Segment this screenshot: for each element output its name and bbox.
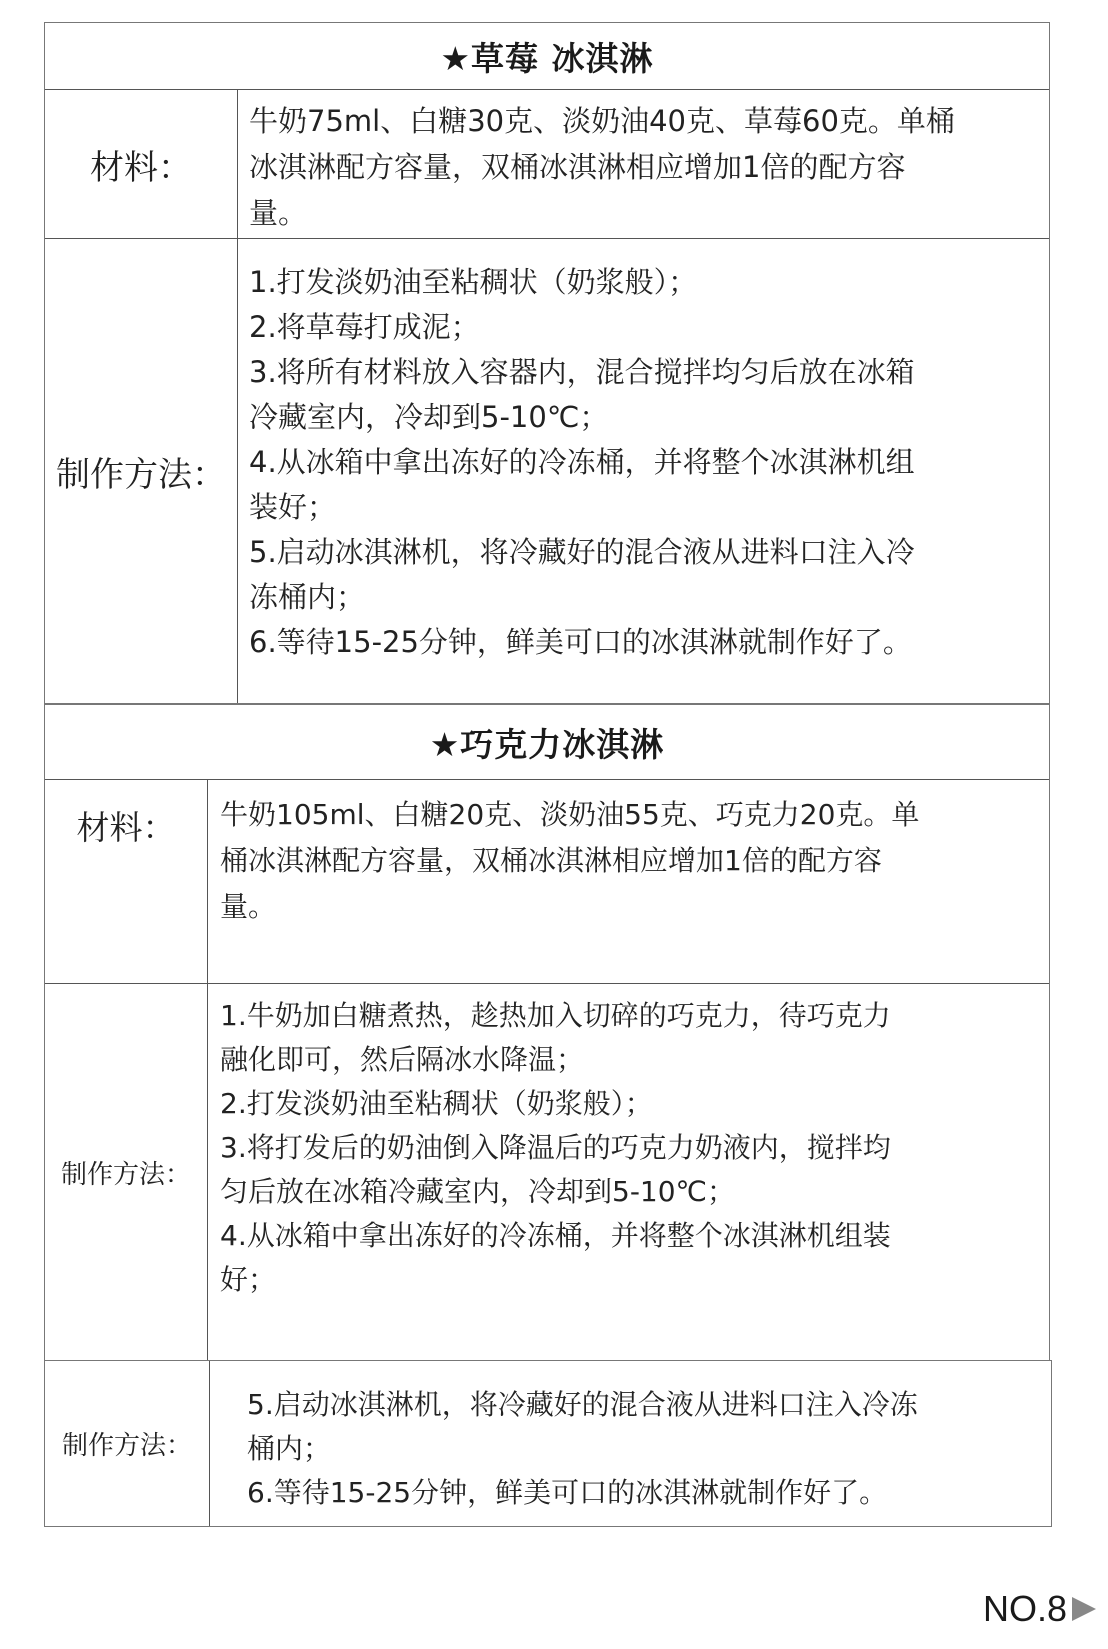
materials-text: 牛奶105ml、白糖20克、淡奶油55克、巧克力20克。单 桶冰淇淋配方容量，双… [208, 780, 1049, 983]
method-text: 5.启动冰淇淋机，将冷藏好的混合液从进料口注入冷冻 桶内； 6.等待15-25分… [210, 1361, 1051, 1526]
materials-text: 牛奶75ml、白糖30克、淡奶油40克、草莓60克。单桶 冰淇淋配方容量，双桶冰… [238, 90, 1049, 238]
method-text: 1.牛奶加白糖煮热，趁热加入切碎的巧克力，待巧克力 融化即可，然后隔冰水降温； … [208, 984, 1049, 1360]
recipe-title: ★巧克力冰淇淋 [45, 705, 1049, 780]
materials-label: 材料： [45, 780, 208, 983]
materials-row: 材料： 牛奶75ml、白糖30克、淡奶油40克、草莓60克。单桶 冰淇淋配方容量… [45, 90, 1049, 238]
recipe-table-chocolate-continued: 制作方法： 5.启动冰淇淋机，将冷藏好的混合液从进料口注入冷冻 桶内； 6.等待… [44, 1360, 1052, 1527]
method-row: 制作方法： 1.打发淡奶油至粘稠状（奶浆般）； 2.将草莓打成泥； 3.将所有材… [45, 238, 1049, 703]
method-row: 制作方法： 5.启动冰淇淋机，将冷藏好的混合液从进料口注入冷冻 桶内； 6.等待… [45, 1361, 1051, 1526]
method-row: 制作方法： 1.牛奶加白糖煮热，趁热加入切碎的巧克力，待巧克力 融化即可，然后隔… [45, 983, 1049, 1360]
page-number: NO.8 [983, 1588, 1067, 1630]
recipe-table-chocolate: ★巧克力冰淇淋 材料： 牛奶105ml、白糖20克、淡奶油55克、巧克力20克。… [44, 704, 1050, 1361]
recipe-table-strawberry: ★草莓 冰淇淋 材料： 牛奶75ml、白糖30克、淡奶油40克、草莓60克。单桶… [44, 22, 1050, 704]
method-label: 制作方法： [45, 1361, 210, 1526]
materials-row: 材料： 牛奶105ml、白糖20克、淡奶油55克、巧克力20克。单 桶冰淇淋配方… [45, 780, 1049, 983]
recipe-title: ★草莓 冰淇淋 [45, 23, 1049, 90]
triangle-right-icon [1072, 1597, 1096, 1621]
method-label: 制作方法： [45, 984, 208, 1360]
method-label: 制作方法： [45, 239, 238, 703]
method-text: 1.打发淡奶油至粘稠状（奶浆般）； 2.将草莓打成泥； 3.将所有材料放入容器内… [238, 239, 1049, 703]
materials-label: 材料： [45, 90, 238, 238]
